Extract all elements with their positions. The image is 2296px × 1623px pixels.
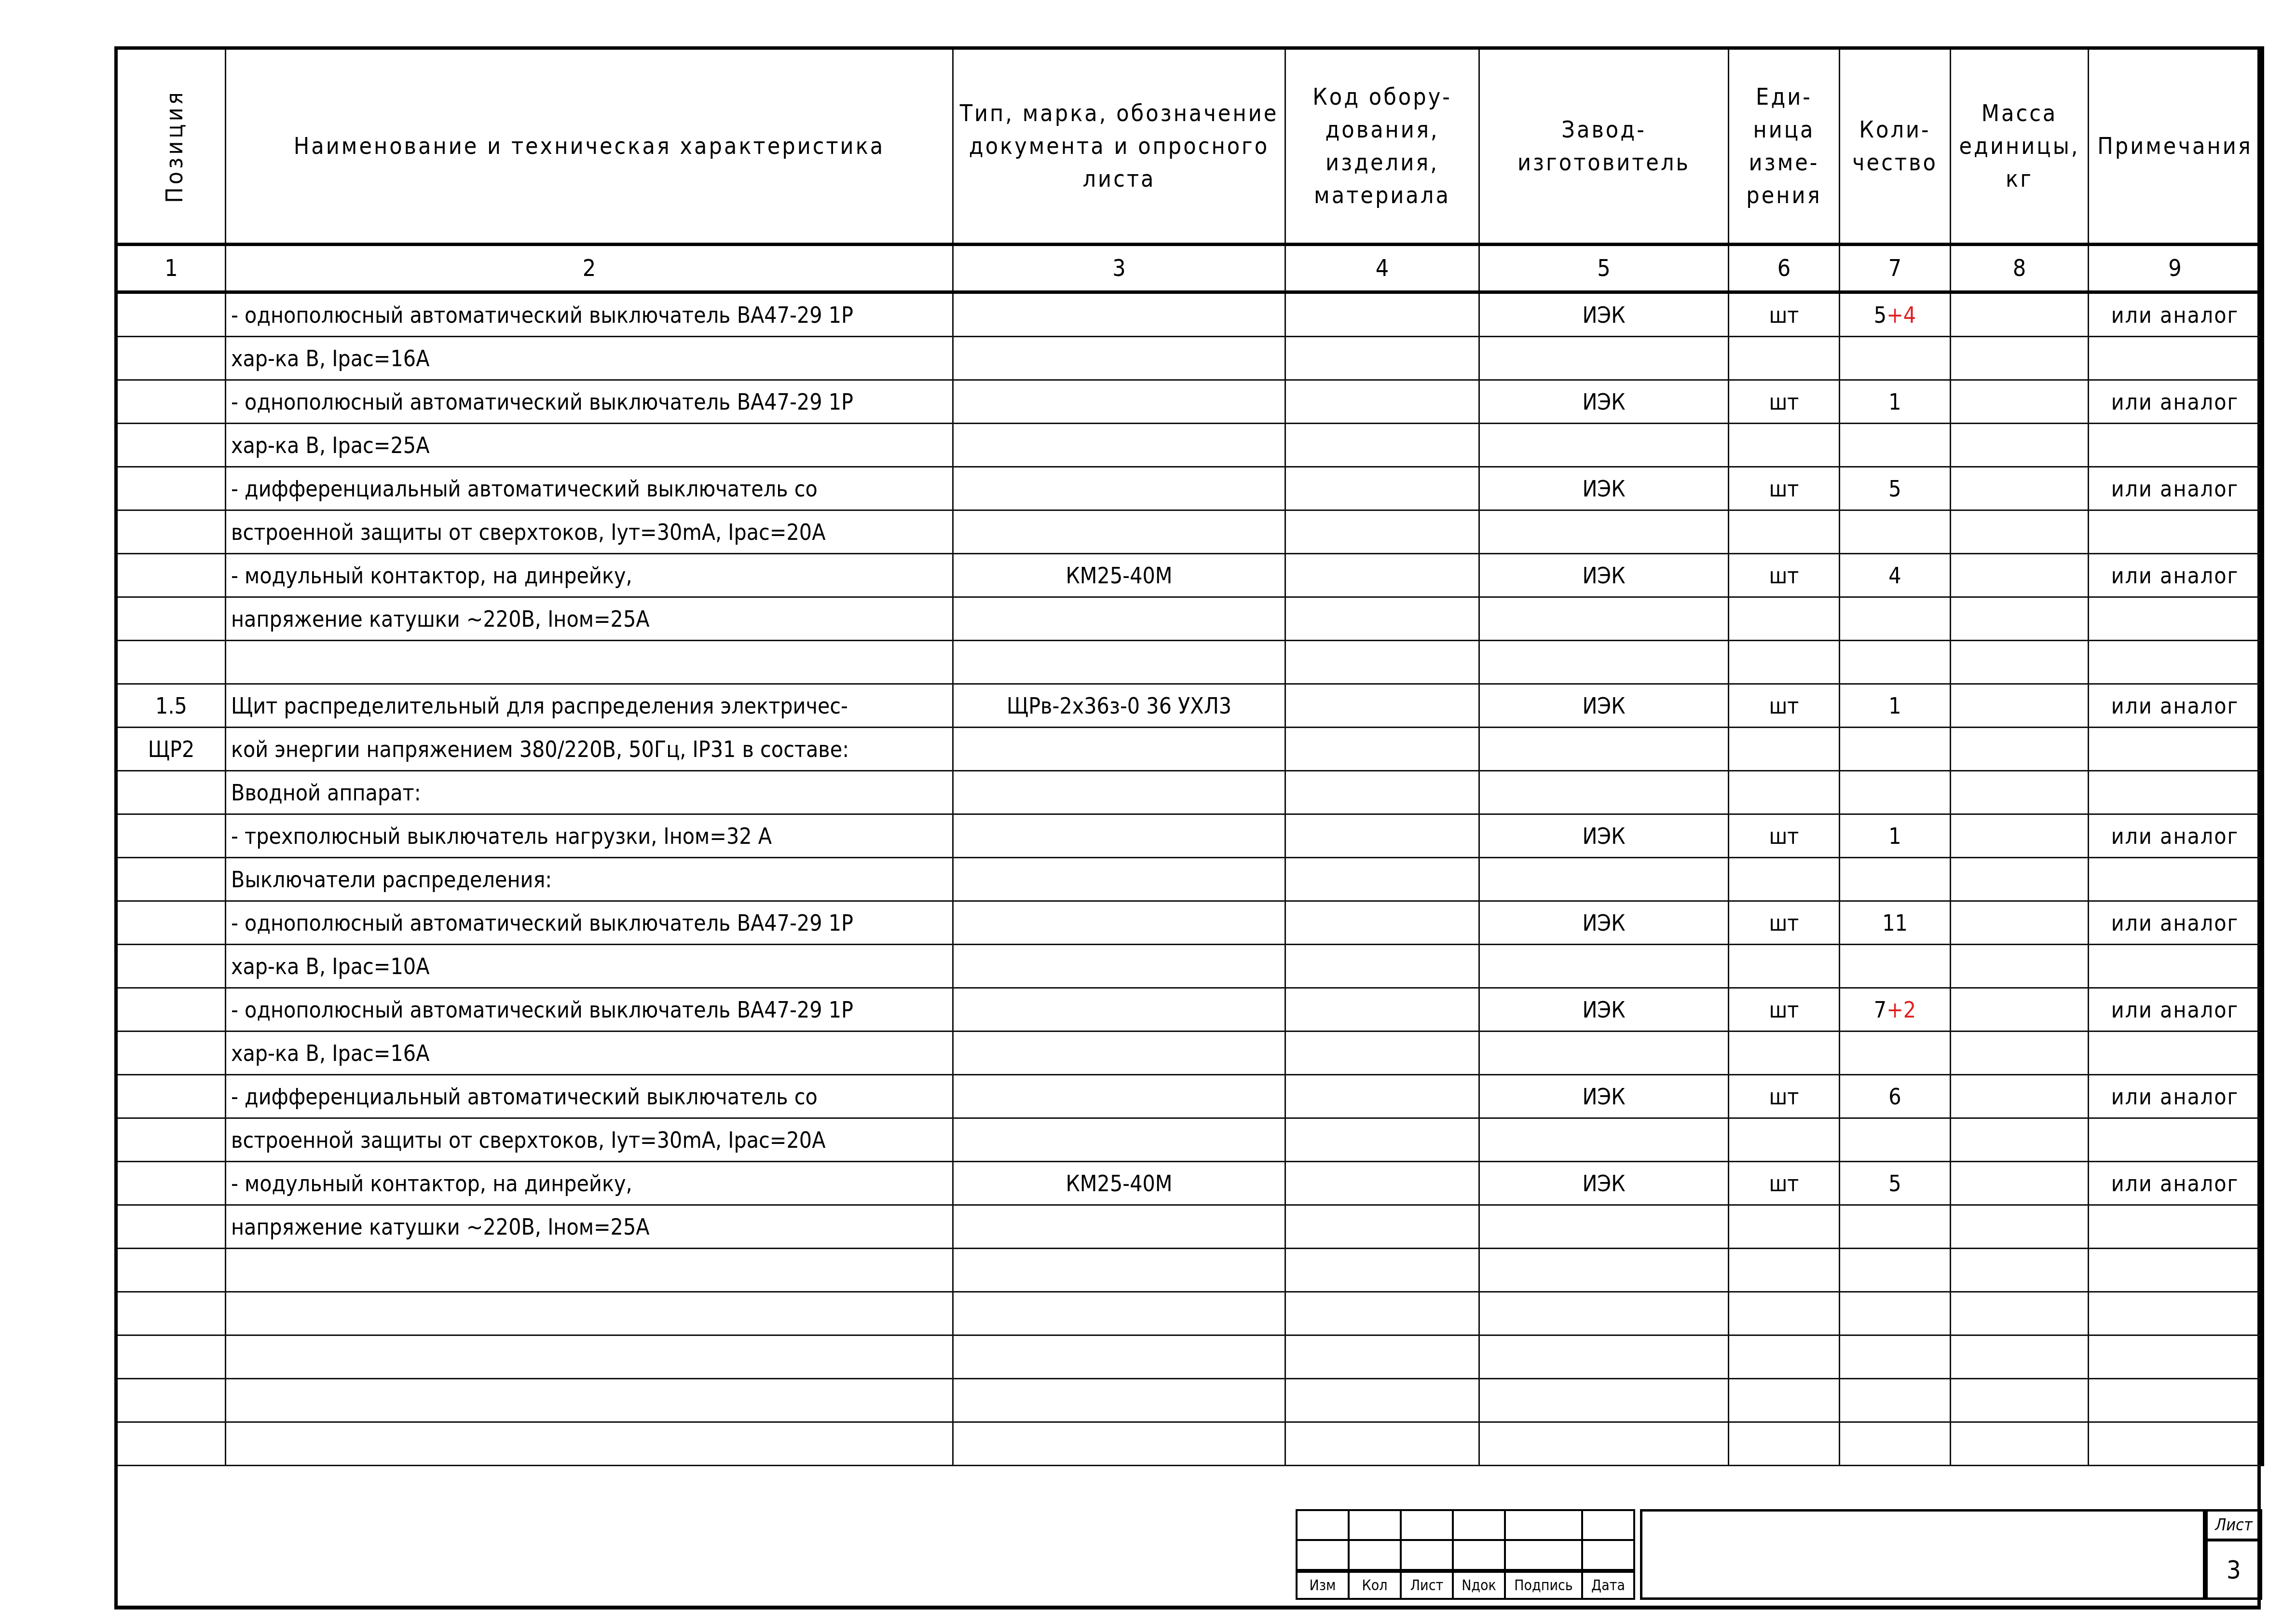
code-cell (1285, 901, 1479, 945)
name-cell (226, 641, 953, 684)
table-row: Выключатели распределения: (116, 858, 2263, 901)
unit-cell (1729, 945, 1840, 988)
name-cell: - трехполюсный выключатель нагрузки, Iно… (226, 814, 953, 858)
col-num: 6 (1729, 245, 1840, 292)
name-cell: - модульный контактор, на динрейку, (226, 1162, 953, 1205)
quantity-value: 1 (1888, 389, 1901, 415)
label-signature: Подпись (1505, 1571, 1582, 1599)
quantity-cell (1840, 1249, 1951, 1292)
notes-cell (2089, 728, 2263, 771)
position-cell (116, 292, 226, 337)
type-cell (953, 424, 1285, 467)
quantity-value: 4 (1888, 563, 1901, 589)
name-cell (226, 1379, 953, 1422)
manufacturer-cell (1479, 641, 1729, 684)
unit-cell: шт (1729, 380, 1840, 424)
unit-cell (1729, 1335, 1840, 1379)
notes-cell: или аналог (2089, 814, 2263, 858)
unit-cell (1729, 1422, 1840, 1466)
type-cell (953, 467, 1285, 510)
notes-cell (2089, 597, 2263, 641)
type-cell (953, 1379, 1285, 1422)
unit-cell: шт (1729, 1075, 1840, 1118)
label-sheet: Лист (1401, 1571, 1453, 1599)
header-notes: Примечания (2089, 48, 2263, 245)
sheet-label: Лист (2208, 1512, 2260, 1541)
quantity-cell (1840, 1335, 1951, 1379)
position-cell (116, 554, 226, 597)
type-cell (953, 337, 1285, 380)
code-cell (1285, 988, 1479, 1032)
name-cell: напряжение катушки ~220В, Iном=25А (226, 597, 953, 641)
manufacturer-cell: ИЭК (1479, 814, 1729, 858)
quantity-cell (1840, 641, 1951, 684)
name-cell: напряжение катушки ~220В, Iном=25А (226, 1205, 953, 1249)
col-num: 4 (1285, 245, 1479, 292)
name-cell (226, 1292, 953, 1335)
position-cell (116, 337, 226, 380)
unit-cell (1729, 858, 1840, 901)
type-cell (953, 1335, 1285, 1379)
unit-cell (1729, 424, 1840, 467)
mass-cell (1951, 1292, 2089, 1335)
quantity-cell (1840, 1205, 1951, 1249)
table-row (116, 1379, 2263, 1422)
unit-cell (1729, 510, 1840, 554)
sheet-number-box: Лист 3 (2205, 1509, 2262, 1600)
frame-bottom-line (114, 1606, 2261, 1609)
position-cell (116, 1075, 226, 1118)
name-cell: кой энергии напряжением 380/220В, 50Гц, … (226, 728, 953, 771)
manufacturer-cell: ИЭК (1479, 554, 1729, 597)
code-cell (1285, 467, 1479, 510)
position-cell (116, 597, 226, 641)
quantity-cell (1840, 510, 1951, 554)
mass-cell (1951, 814, 2089, 858)
mass-cell (1951, 641, 2089, 684)
name-cell: - модульный контактор, на динрейку, (226, 554, 953, 597)
position-cell (116, 1162, 226, 1205)
quantity-cell: 1 (1840, 684, 1951, 728)
notes-cell: или аналог (2089, 988, 2263, 1032)
mass-cell (1951, 728, 2089, 771)
manufacturer-cell: ИЭК (1479, 684, 1729, 728)
notes-cell (2089, 1379, 2263, 1422)
code-cell (1285, 597, 1479, 641)
notes-cell: или аналог (2089, 467, 2263, 510)
type-cell (953, 380, 1285, 424)
quantity-cell: 6 (1840, 1075, 1951, 1118)
col-num: 9 (2089, 245, 2263, 292)
quantity-correction: +2 (1886, 997, 1916, 1023)
type-cell (953, 1249, 1285, 1292)
position-cell (116, 1422, 226, 1466)
position-cell (116, 901, 226, 945)
header-position: Позиция (116, 48, 226, 245)
position-cell (116, 510, 226, 554)
unit-cell: шт (1729, 1162, 1840, 1205)
unit-cell (1729, 1249, 1840, 1292)
notes-cell: или аналог (2089, 1162, 2263, 1205)
label-doc-number: Nдок (1453, 1571, 1505, 1599)
mass-cell (1951, 1075, 2089, 1118)
quantity-value: 6 (1888, 1084, 1901, 1110)
position-cell: ЩР2 (116, 728, 226, 771)
header-mass: Масса единицы, кг (1951, 48, 2089, 245)
table-row: напряжение катушки ~220В, Iном=25А (116, 1205, 2263, 1249)
name-cell: - дифференциальный автоматический выключ… (226, 1075, 953, 1118)
table-row: хар-ка В, Iрас=16А (116, 1032, 2263, 1075)
code-cell (1285, 1422, 1479, 1466)
quantity-cell: 1 (1840, 814, 1951, 858)
notes-cell: или аналог (2089, 1075, 2263, 1118)
mass-cell (1951, 1162, 2089, 1205)
quantity-cell (1840, 858, 1951, 901)
manufacturer-cell (1479, 1292, 1729, 1335)
notes-cell (2089, 1205, 2263, 1249)
unit-cell: шт (1729, 901, 1840, 945)
mass-cell (1951, 292, 2089, 337)
unit-cell (1729, 771, 1840, 814)
mass-cell (1951, 424, 2089, 467)
manufacturer-cell (1479, 1032, 1729, 1075)
table-row: - дифференциальный автоматический выключ… (116, 1075, 2263, 1118)
type-cell (953, 1118, 1285, 1162)
position-cell (116, 945, 226, 988)
table-row (116, 1422, 2263, 1466)
code-cell (1285, 424, 1479, 467)
quantity-cell (1840, 728, 1951, 771)
name-cell: хар-ка В, Iрас=10А (226, 945, 953, 988)
label-count: Кол (1349, 1571, 1401, 1599)
table-row: - однополюсный автоматический выключател… (116, 901, 2263, 945)
unit-cell (1729, 641, 1840, 684)
unit-cell (1729, 1379, 1840, 1422)
header-code: Код обору- дования, изделия, материала (1285, 48, 1479, 245)
code-cell (1285, 641, 1479, 684)
mass-cell (1951, 1249, 2089, 1292)
code-cell (1285, 1249, 1479, 1292)
table-row (116, 1249, 2263, 1292)
code-cell (1285, 1032, 1479, 1075)
position-cell (116, 858, 226, 901)
manufacturer-cell (1479, 1422, 1729, 1466)
type-cell (953, 901, 1285, 945)
type-cell (953, 1292, 1285, 1335)
table-row: - однополюсный автоматический выключател… (116, 292, 2263, 337)
mass-cell (1951, 1032, 2089, 1075)
mass-cell (1951, 1379, 2089, 1422)
code-cell (1285, 337, 1479, 380)
label-change: Изм (1297, 1571, 1349, 1599)
position-cell (116, 1292, 226, 1335)
manufacturer-cell: ИЭК (1479, 1162, 1729, 1205)
mass-cell (1951, 597, 2089, 641)
sheet-number: 3 (2208, 1541, 2260, 1599)
unit-cell (1729, 1205, 1840, 1249)
name-cell: - однополюсный автоматический выключател… (226, 292, 953, 337)
unit-cell (1729, 1292, 1840, 1335)
type-cell (953, 814, 1285, 858)
quantity-cell (1840, 597, 1951, 641)
title-block-field (1640, 1509, 2205, 1600)
code-cell (1285, 554, 1479, 597)
quantity-cell: 5 (1840, 467, 1951, 510)
label-date: Дата (1582, 1571, 1634, 1599)
table-row: встроенной защиты от сверхтоков, Iут=30m… (116, 510, 2263, 554)
name-cell: Выключатели распределения: (226, 858, 953, 901)
manufacturer-cell (1479, 424, 1729, 467)
quantity-cell (1840, 1118, 1951, 1162)
quantity-value: 1 (1888, 693, 1901, 719)
notes-cell: или аналог (2089, 554, 2263, 597)
quantity-cell: 1 (1840, 380, 1951, 424)
table-row: Вводной аппарат: (116, 771, 2263, 814)
code-cell (1285, 1335, 1479, 1379)
manufacturer-cell (1479, 597, 1729, 641)
type-cell: ЩРв-2х36з-0 36 УХЛ3 (953, 684, 1285, 728)
position-cell (116, 1205, 226, 1249)
col-num: 5 (1479, 245, 1729, 292)
mass-cell (1951, 337, 2089, 380)
name-cell: встроенной защиты от сверхтоков, Iут=30m… (226, 1118, 953, 1162)
specification-table: Позиция Наименование и техническая харак… (114, 46, 2264, 1466)
position-cell (116, 641, 226, 684)
unit-cell: шт (1729, 814, 1840, 858)
table-row: напряжение катушки ~220В, Iном=25А (116, 597, 2263, 641)
manufacturer-cell: ИЭК (1479, 988, 1729, 1032)
manufacturer-cell: ИЭК (1479, 467, 1729, 510)
manufacturer-cell: ИЭК (1479, 901, 1729, 945)
notes-cell (2089, 1118, 2263, 1162)
type-cell (953, 728, 1285, 771)
notes-cell (2089, 1292, 2263, 1335)
manufacturer-cell (1479, 858, 1729, 901)
unit-cell: шт (1729, 988, 1840, 1032)
position-cell (116, 988, 226, 1032)
manufacturer-cell (1479, 1118, 1729, 1162)
mass-cell (1951, 1422, 2089, 1466)
notes-cell (2089, 510, 2263, 554)
col-num: 8 (1951, 245, 2089, 292)
name-cell: Щит распределительный для распределения … (226, 684, 953, 728)
manufacturer-cell: ИЭК (1479, 292, 1729, 337)
name-cell (226, 1249, 953, 1292)
code-cell (1285, 510, 1479, 554)
notes-cell (2089, 858, 2263, 901)
col-num: 3 (953, 245, 1285, 292)
quantity-cell (1840, 1292, 1951, 1335)
table-row (116, 641, 2263, 684)
position-cell: 1.5 (116, 684, 226, 728)
mass-cell (1951, 380, 2089, 424)
manufacturer-cell (1479, 945, 1729, 988)
quantity-cell (1840, 424, 1951, 467)
type-cell (953, 292, 1285, 337)
mass-cell (1951, 1335, 2089, 1379)
position-cell (116, 380, 226, 424)
position-cell (116, 814, 226, 858)
notes-cell: или аналог (2089, 684, 2263, 728)
notes-cell: или аналог (2089, 292, 2263, 337)
code-cell (1285, 945, 1479, 988)
mass-cell (1951, 945, 2089, 988)
unit-cell (1729, 337, 1840, 380)
name-cell: хар-ка В, Iрас=25А (226, 424, 953, 467)
type-cell (953, 771, 1285, 814)
quantity-cell (1840, 1422, 1951, 1466)
code-cell (1285, 1205, 1479, 1249)
quantity-cell: 7+2 (1840, 988, 1951, 1032)
position-cell (116, 424, 226, 467)
col-num: 1 (116, 245, 226, 292)
code-cell (1285, 814, 1479, 858)
column-number-row: 1 2 3 4 5 6 7 8 9 (116, 245, 2263, 292)
position-cell (116, 1249, 226, 1292)
mass-cell (1951, 1118, 2089, 1162)
quantity-value: 11 (1882, 910, 1908, 936)
quantity-cell (1840, 945, 1951, 988)
mass-cell (1951, 858, 2089, 901)
table-row: хар-ка В, Iрас=25А (116, 424, 2263, 467)
specification-body: - однополюсный автоматический выключател… (116, 292, 2263, 1466)
name-cell: - однополюсный автоматический выключател… (226, 380, 953, 424)
notes-cell (2089, 1422, 2263, 1466)
notes-cell (2089, 337, 2263, 380)
manufacturer-cell (1479, 1335, 1729, 1379)
unit-cell: шт (1729, 554, 1840, 597)
notes-cell (2089, 424, 2263, 467)
position-cell (116, 771, 226, 814)
code-cell (1285, 858, 1479, 901)
notes-cell (2089, 771, 2263, 814)
header-name: Наименование и техническая характеристик… (226, 48, 953, 245)
manufacturer-cell (1479, 1379, 1729, 1422)
mass-cell (1951, 554, 2089, 597)
table-row: - трехполюсный выключатель нагрузки, Iно… (116, 814, 2263, 858)
quantity-cell: 11 (1840, 901, 1951, 945)
col-num: 7 (1840, 245, 1951, 292)
position-cell (116, 1379, 226, 1422)
type-cell: КМ25-40М (953, 1162, 1285, 1205)
table-row: хар-ка В, Iрас=16А (116, 337, 2263, 380)
name-cell (226, 1422, 953, 1466)
type-cell: КМ25-40М (953, 554, 1285, 597)
notes-cell (2089, 1249, 2263, 1292)
manufacturer-cell: ИЭК (1479, 1075, 1729, 1118)
quantity-cell: 4 (1840, 554, 1951, 597)
manufacturer-cell (1479, 1205, 1729, 1249)
quantity-cell (1840, 771, 1951, 814)
name-cell: - однополюсный автоматический выключател… (226, 901, 953, 945)
unit-cell (1729, 597, 1840, 641)
quantity-value: 5 (1874, 302, 1886, 328)
manufacturer-cell (1479, 771, 1729, 814)
code-cell (1285, 728, 1479, 771)
quantity-cell: 5 (1840, 1162, 1951, 1205)
code-cell (1285, 292, 1479, 337)
table-row: ЩР2кой энергии напряжением 380/220В, 50Г… (116, 728, 2263, 771)
quantity-value: 1 (1888, 823, 1901, 849)
type-cell (953, 641, 1285, 684)
type-cell (953, 858, 1285, 901)
manufacturer-cell (1479, 1249, 1729, 1292)
manufacturer-cell (1479, 337, 1729, 380)
mass-cell (1951, 1205, 2089, 1249)
unit-cell: шт (1729, 292, 1840, 337)
mass-cell (1951, 771, 2089, 814)
code-cell (1285, 380, 1479, 424)
mass-cell (1951, 988, 2089, 1032)
table-row: - дифференциальный автоматический выключ… (116, 467, 2263, 510)
type-cell (953, 1422, 1285, 1466)
type-cell (953, 1205, 1285, 1249)
code-cell (1285, 771, 1479, 814)
code-cell (1285, 1118, 1479, 1162)
code-cell (1285, 1075, 1479, 1118)
header-manufacturer: Завод- изготовитель (1479, 48, 1729, 245)
quantity-cell (1840, 1379, 1951, 1422)
unit-cell: шт (1729, 467, 1840, 510)
table-row: - модульный контактор, на динрейку,КМ25-… (116, 554, 2263, 597)
notes-cell: или аналог (2089, 380, 2263, 424)
unit-cell (1729, 1118, 1840, 1162)
table-row (116, 1335, 2263, 1379)
quantity-correction: +4 (1886, 302, 1916, 328)
type-cell (953, 945, 1285, 988)
notes-cell (2089, 1032, 2263, 1075)
notes-cell (2089, 641, 2263, 684)
unit-cell: шт (1729, 684, 1840, 728)
header-unit: Еди- ница изме- рения (1729, 48, 1840, 245)
name-cell: Вводной аппарат: (226, 771, 953, 814)
notes-cell: или аналог (2089, 901, 2263, 945)
position-cell (116, 1032, 226, 1075)
position-cell (116, 1335, 226, 1379)
table-row: хар-ка В, Iрас=10А (116, 945, 2263, 988)
name-cell: встроенной защиты от сверхтоков, Iут=30m… (226, 510, 953, 554)
name-cell: хар-ка В, Iрас=16А (226, 1032, 953, 1075)
code-cell (1285, 1292, 1479, 1335)
type-cell (953, 1032, 1285, 1075)
type-cell (953, 597, 1285, 641)
revision-block: Изм Кол Лист Nдок Подпись Дата (1296, 1509, 1635, 1600)
table-row: встроенной защиты от сверхтоков, Iут=30m… (116, 1118, 2263, 1162)
table-row: 1.5Щит распределительный для распределен… (116, 684, 2263, 728)
name-cell: хар-ка В, Iрас=16А (226, 337, 953, 380)
code-cell (1285, 684, 1479, 728)
code-cell (1285, 1162, 1479, 1205)
unit-cell (1729, 1032, 1840, 1075)
manufacturer-cell: ИЭК (1479, 380, 1729, 424)
manufacturer-cell (1479, 510, 1729, 554)
mass-cell (1951, 467, 2089, 510)
table-row: - однополюсный автоматический выключател… (116, 988, 2263, 1032)
code-cell (1285, 1379, 1479, 1422)
manufacturer-cell (1479, 728, 1729, 771)
col-num: 2 (226, 245, 953, 292)
table-row: - однополюсный автоматический выключател… (116, 380, 2263, 424)
position-cell (116, 1118, 226, 1162)
type-cell (953, 1075, 1285, 1118)
name-cell (226, 1335, 953, 1379)
quantity-value: 5 (1888, 1170, 1901, 1197)
header-row: Позиция Наименование и техническая харак… (116, 48, 2263, 245)
unit-cell (1729, 728, 1840, 771)
header-quantity: Коли- чество (1840, 48, 1951, 245)
name-cell: - однополюсный автоматический выключател… (226, 988, 953, 1032)
quantity-cell: 5+4 (1840, 292, 1951, 337)
